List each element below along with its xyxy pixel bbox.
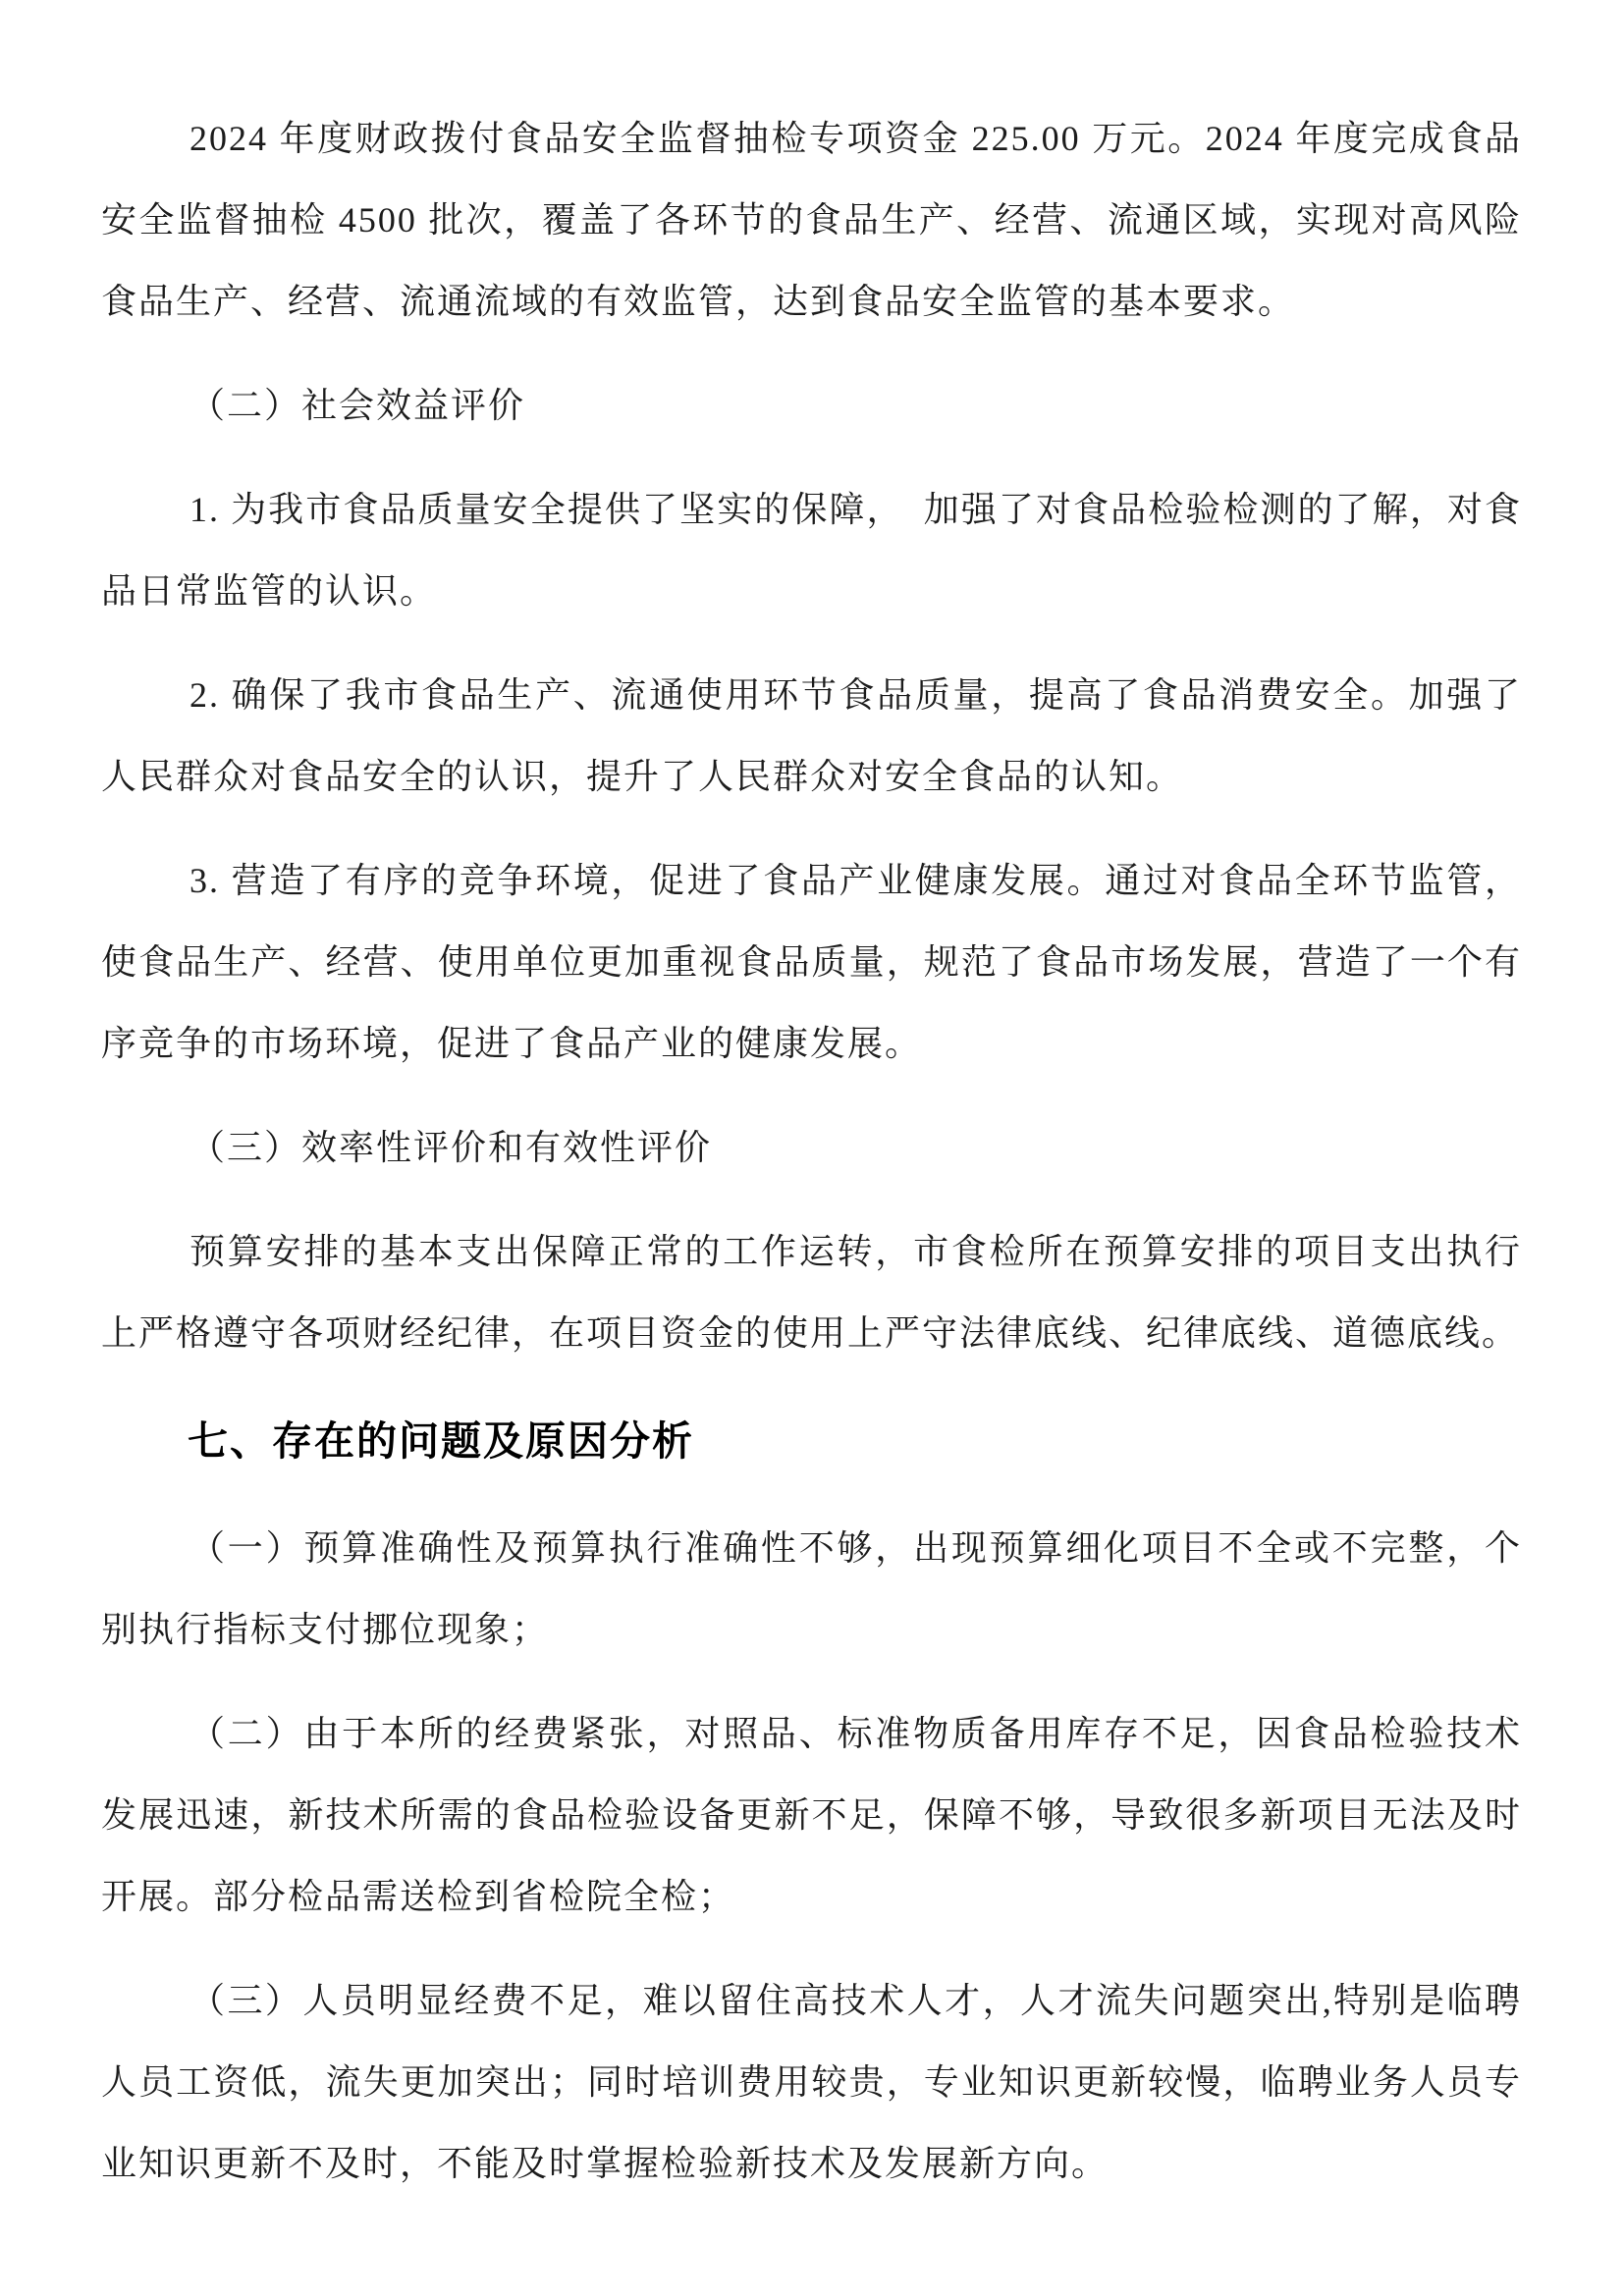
paragraph-social-benefit-2: 2. 确保了我市食品生产、流通使用环节食品质量，提高了食品消费安全。加强了人民群… bbox=[101, 655, 1522, 818]
section-heading-problems: 七、存在的问题及原因分析 bbox=[101, 1397, 1522, 1485]
subsection-heading-efficiency: （三）效率性评价和有效性评价 bbox=[101, 1107, 1522, 1189]
paragraph-problem-3: （三）人员明显经费不足，难以留住高技术人才，人才流失问题突出,特别是临聘人员工资… bbox=[101, 1960, 1522, 2205]
paragraph-fund-overview: 2024 年度财政拨付食品安全监督抽检专项资金 225.00 万元。2024 年… bbox=[101, 98, 1522, 343]
paragraph-problem-2: （二）由于本所的经费紧张，对照品、标准物质备用库存不足，因食品检验技术发展迅速，… bbox=[101, 1693, 1522, 1938]
paragraph-efficiency: 预算安排的基本支出保障正常的工作运转，市食检所在预算安排的项目支出执行上严格遵守… bbox=[101, 1211, 1522, 1374]
paragraph-problem-1: （一）预算准确性及预算执行准确性不够，出现预算细化项目不全或不完整，个别执行指标… bbox=[101, 1508, 1522, 1671]
paragraph-social-benefit-1: 1. 为我市食品质量安全提供了坚实的保障， 加强了对食品检验检测的了解，对食品日… bbox=[101, 469, 1522, 632]
paragraph-social-benefit-3: 3. 营造了有序的竞争环境，促进了食品产业健康发展。通过对食品全环节监管，使食品… bbox=[101, 840, 1522, 1085]
document-content: 2024 年度财政拨付食品安全监督抽检专项资金 225.00 万元。2024 年… bbox=[101, 98, 1522, 2205]
subsection-heading-social-benefit: （二）社会效益评价 bbox=[101, 365, 1522, 447]
document-page: 2024 年度财政拨付食品安全监督抽检专项资金 225.00 万元。2024 年… bbox=[0, 0, 1624, 2296]
